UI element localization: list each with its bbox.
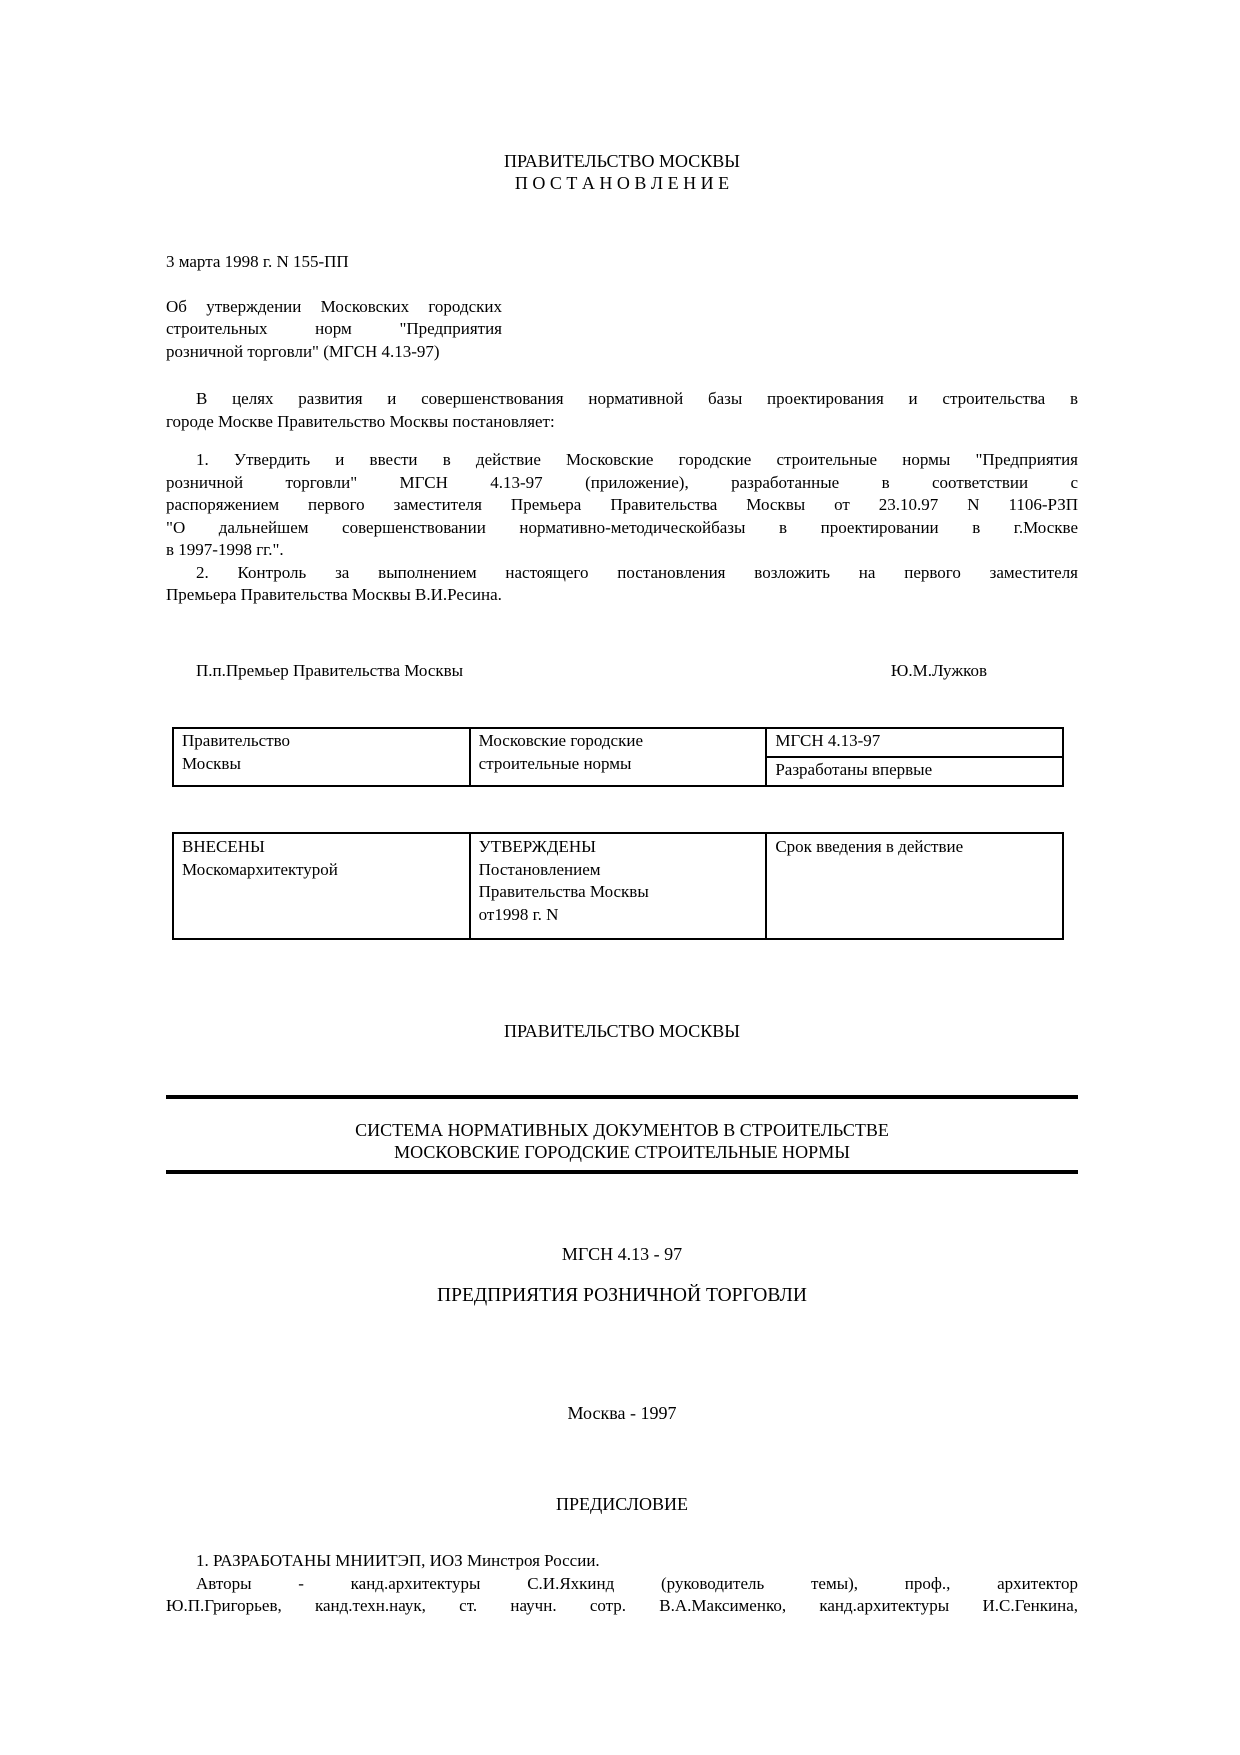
preface-heading: ПРЕДИСЛОВИЕ bbox=[166, 1493, 1078, 1516]
norm-code-heading: МГСН 4.13 - 97 bbox=[166, 1243, 1078, 1266]
table-cell-developed-first: Разработаны впервые bbox=[766, 757, 1063, 786]
signature-title: П.п.Премьер Правительства Москвы bbox=[166, 660, 463, 683]
system-heading-block: СИСТЕМА НОРМАТИВНЫХ ДОКУМЕНТОВ В СТРОИТЕ… bbox=[166, 1119, 1078, 1164]
divider-rule bbox=[166, 1095, 1078, 1099]
paragraph-line: 1. РАЗРАБОТАНЫ МНИИТЭП, ИОЗ Минстроя Рос… bbox=[166, 1550, 1078, 1573]
developed-paragraph: 1. РАЗРАБОТАНЫ МНИИТЭП, ИОЗ Минстроя Рос… bbox=[166, 1550, 1078, 1573]
paragraph-line: городе Москве Правительство Москвы поста… bbox=[166, 411, 1078, 434]
cell-line: Постановлением bbox=[479, 859, 760, 882]
approval-table: ВНЕСЕНЫ Москомархитектурой УТВЕРЖДЕНЫ По… bbox=[172, 832, 1064, 940]
paragraph-line: Ю.П.Григорьев, канд.техн.наук, ст. научн… bbox=[166, 1595, 1078, 1618]
cell-line: от1998 г. N bbox=[479, 904, 760, 927]
date-number-line: 3 марта 1998 г. N 155-ПП bbox=[166, 251, 1078, 274]
table-cell-effective-date: Срок введения в действие bbox=[766, 833, 1063, 939]
item-1-paragraph: 1. Утвердить и ввести в действие Московс… bbox=[166, 449, 1078, 562]
subject-line: Об утверждении Московских городских bbox=[166, 296, 502, 319]
system-heading-line: СИСТЕМА НОРМАТИВНЫХ ДОКУМЕНТОВ В СТРОИТЕ… bbox=[166, 1119, 1078, 1142]
signature-row: П.п.Премьер Правительства Москвы Ю.М.Луж… bbox=[166, 660, 1078, 683]
paragraph-line: в 1997-1998 гг.". bbox=[166, 539, 1078, 562]
system-heading-line: МОСКОВСКИЕ ГОРОДСКИЕ СТРОИТЕЛЬНЫЕ НОРМЫ bbox=[166, 1141, 1078, 1164]
document-title: ПРЕДПРИЯТИЯ РОЗНИЧНОЙ ТОРГОВЛИ bbox=[166, 1284, 1078, 1308]
divider-rule bbox=[166, 1170, 1078, 1174]
cell-line: Москвы bbox=[182, 753, 463, 776]
cell-line: УТВЕРЖДЕНЫ bbox=[479, 836, 760, 859]
cell-line: Москомархитектурой bbox=[182, 859, 463, 882]
city-year-line: Москва - 1997 bbox=[166, 1402, 1078, 1425]
paragraph-line: 1. Утвердить и ввести в действие Московс… bbox=[166, 449, 1078, 472]
document-header: ПРАВИТЕЛЬСТВО МОСКВЫ П О С Т А Н О В Л Е… bbox=[166, 150, 1078, 194]
paragraph-line: 2. Контроль за выполнением настоящего по… bbox=[166, 562, 1078, 585]
table-row: ВНЕСЕНЫ Москомархитектурой УТВЕРЖДЕНЫ По… bbox=[173, 833, 1063, 939]
table-row: Правительство Москвы Московские городски… bbox=[173, 728, 1063, 757]
subject-line: строительных норм "Предприятия bbox=[166, 318, 502, 341]
authors-paragraph: Авторы - канд.архитектуры С.И.Яхкинд (ру… bbox=[166, 1573, 1078, 1618]
paragraph-line: Премьера Правительства Москвы В.И.Ресина… bbox=[166, 584, 1078, 607]
cell-line: Правительство bbox=[182, 730, 463, 753]
page-content: ПРАВИТЕЛЬСТВО МОСКВЫ П О С Т А Н О В Л Е… bbox=[0, 150, 1240, 1618]
paragraph-line: розничной торговли" МГСН 4.13-97 (прилож… bbox=[166, 472, 1078, 495]
intro-paragraph: В целях развития и совершенствования нор… bbox=[166, 388, 1078, 433]
doc-type-heading: П О С Т А Н О В Л Е Н И Е bbox=[166, 172, 1078, 194]
paragraph-line: распоряжением первого заместителя Премье… bbox=[166, 494, 1078, 517]
paragraph-line: "О дальнейшем совершенствовании норматив… bbox=[166, 517, 1078, 540]
subject-block: Об утверждении Московских городских стро… bbox=[166, 296, 502, 364]
cell-line: Московские городские bbox=[479, 730, 760, 753]
cell-line: ВНЕСЕНЫ bbox=[182, 836, 463, 859]
subject-line: розничной торговли" (МГСН 4.13-97) bbox=[166, 341, 502, 364]
item-2-paragraph: 2. Контроль за выполнением настоящего по… bbox=[166, 562, 1078, 607]
table-cell-approved: УТВЕРЖДЕНЫ Постановлением Правительства … bbox=[470, 833, 767, 939]
org-name-heading: ПРАВИТЕЛЬСТВО МОСКВЫ bbox=[166, 150, 1078, 172]
paragraph-line: Авторы - канд.архитектуры С.И.Яхкинд (ру… bbox=[166, 1573, 1078, 1596]
table-cell-government: Правительство Москвы bbox=[173, 728, 470, 786]
table-cell-norms: Московские городские строительные нормы bbox=[470, 728, 767, 786]
table-cell-submitted: ВНЕСЕНЫ Москомархитектурой bbox=[173, 833, 470, 939]
cell-line: Правительства Москвы bbox=[479, 881, 760, 904]
signature-name: Ю.М.Лужков bbox=[891, 660, 1078, 683]
paragraph-line: В целях развития и совершенствования нор… bbox=[166, 388, 1078, 411]
table-cell-code: МГСН 4.13-97 bbox=[766, 728, 1063, 757]
norm-header-table: Правительство Москвы Московские городски… bbox=[172, 727, 1064, 787]
document-page: { "document": { "header": { "org": "ПРАВ… bbox=[0, 0, 1240, 1755]
org-name-mid-heading: ПРАВИТЕЛЬСТВО МОСКВЫ bbox=[166, 1020, 1078, 1043]
cell-line: строительные нормы bbox=[479, 753, 760, 776]
